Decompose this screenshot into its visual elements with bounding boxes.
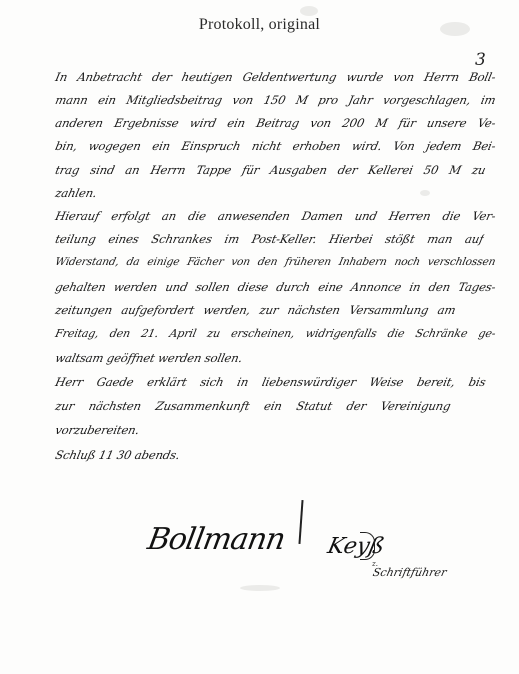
text-line: Hierauf erfolgt an die anwesenden Damen …: [54, 209, 497, 223]
document-title: Protokoll, original: [0, 16, 519, 34]
signature-secretary: Keyß: [325, 534, 386, 559]
signature-stroke: [298, 500, 303, 544]
signature-flourish: [360, 532, 375, 560]
text-line: Widerstand, da einige Fächer von den frü…: [54, 256, 497, 268]
signature-role: Schriftführer: [372, 566, 448, 579]
text-line: trag sind an Herrn Tappe für Ausgaben de…: [54, 163, 487, 177]
text-line: teilung eines Schrankes im Post-Keller. …: [54, 232, 485, 246]
text-line: waltsam geöffnet werden sollen.: [54, 351, 497, 365]
closing-line: Schluß 11 30 abends.: [54, 448, 497, 462]
text-line: In Anbetracht der heutigen Geldentwertun…: [54, 70, 497, 84]
signature-bollmann: Bollmann: [145, 522, 287, 557]
text-line: Herr Gaede erklärt sich in liebenswürdig…: [54, 375, 487, 389]
text-line: zeitungen aufgefordert werden, zur nächs…: [54, 303, 457, 317]
text-line: gehalten werden und sollen diese durch e…: [54, 280, 497, 294]
text-line: bin, wogegen ein Einspruch nicht erhoben…: [54, 139, 497, 153]
text-line: vorzubereiten.: [54, 423, 497, 437]
text-line: anderen Ergebnisse wird ein Beitrag von …: [54, 116, 497, 130]
text-line: zur nächsten Zusammenkunft ein Statut de…: [54, 399, 452, 413]
page-number: 3: [475, 50, 486, 70]
scan-speck: [240, 585, 280, 591]
text-line: Freitag, den 21. April zu erscheinen, wi…: [54, 327, 497, 340]
scan-speck: [300, 6, 318, 16]
text-line: mann ein Mitgliedsbeitrag von 150 M pro …: [54, 93, 497, 107]
scanned-document-page: Protokoll, original 3 In Anbetracht der …: [0, 0, 519, 674]
text-line: zahlen.: [54, 186, 497, 200]
